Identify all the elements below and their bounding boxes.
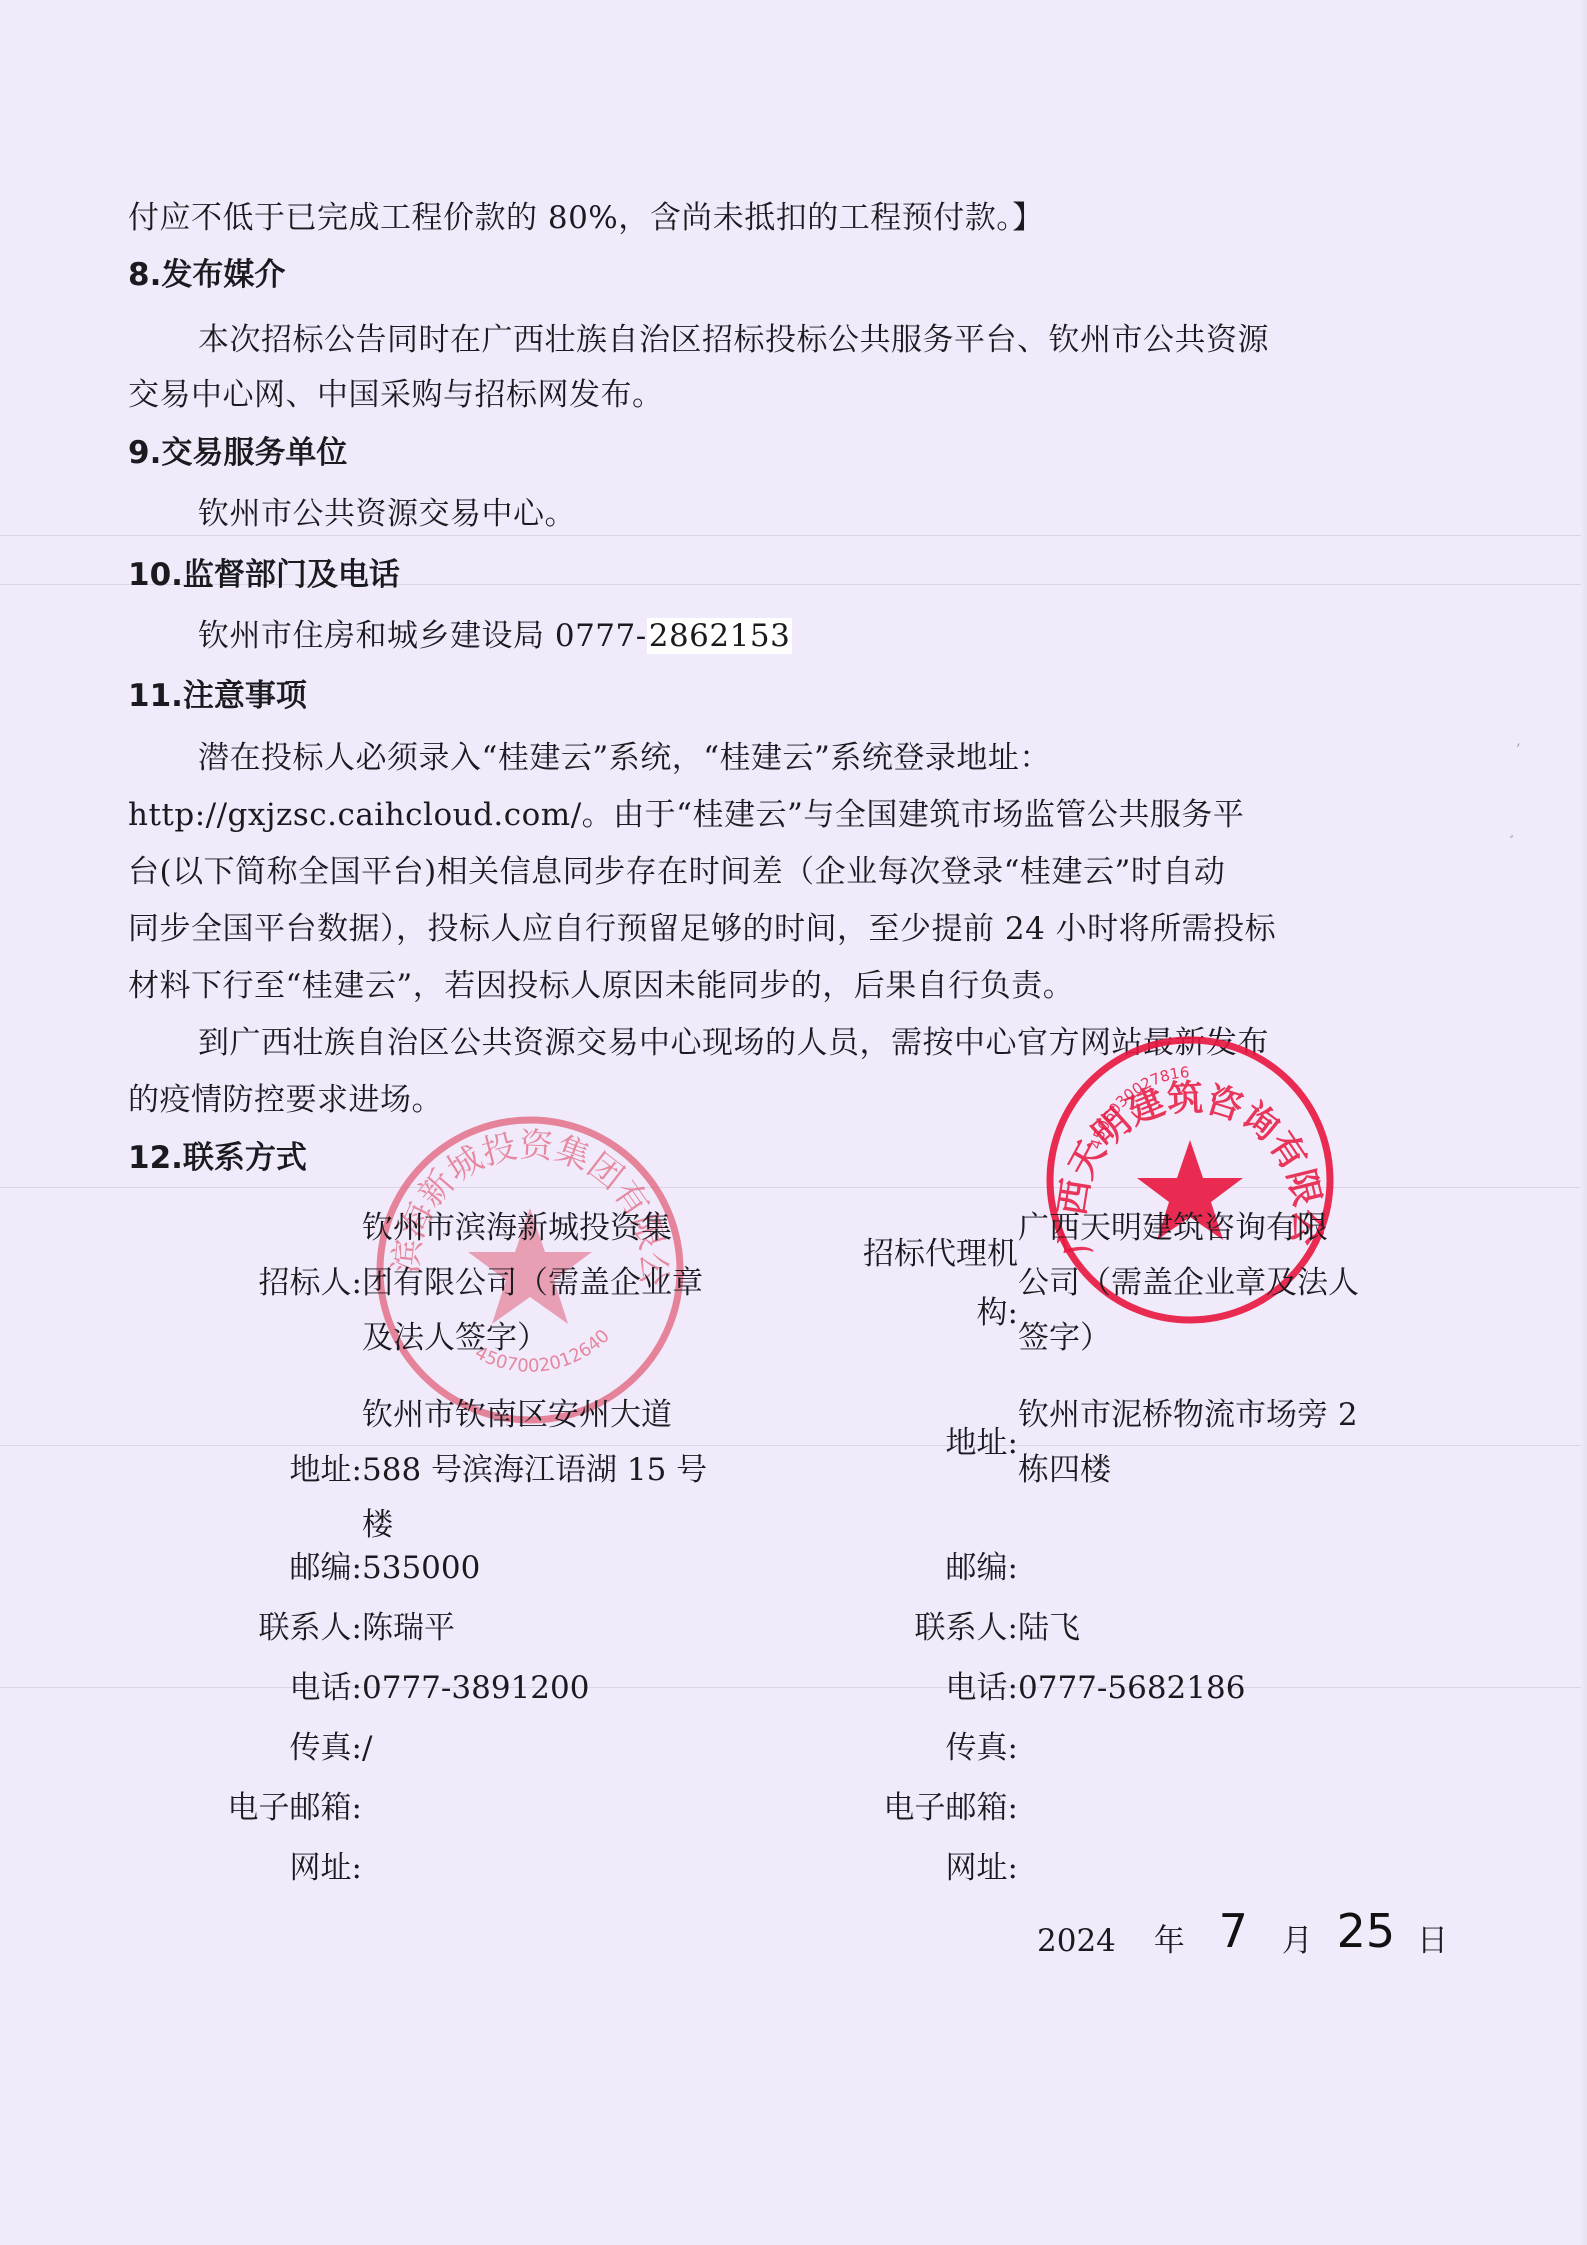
document-page: 付应不低于已完成工程价款的 80%，含尚未抵扣的工程预付款。】 8.发布媒介 本… bbox=[0, 0, 1587, 2245]
paragraph-line: 的疫情防控要求进场。 bbox=[128, 1080, 443, 1120]
supervisor-phone-number: 2862153 bbox=[647, 618, 793, 654]
agency-address-line: 钦州市泥桥物流市场旁 2 bbox=[1018, 1395, 1358, 1435]
section-heading-11: 11.注意事项 bbox=[128, 676, 307, 716]
tenderer-name-line: 及法人签字） bbox=[362, 1318, 548, 1358]
paragraph-line: 交易中心网、中国采购与招标网发布。 bbox=[128, 375, 664, 415]
tenderer-name-line: 钦州市滨海新城投资集 bbox=[362, 1208, 672, 1248]
date-year-unit: 年 bbox=[1154, 1921, 1185, 1961]
agency-postcode-label: 邮编: bbox=[946, 1548, 1018, 1588]
paragraph-line: 潜在投标人必须录入“桂建云”系统，“桂建云”系统登录地址： bbox=[198, 738, 1051, 778]
date-month-handwritten: 7 bbox=[1219, 1911, 1248, 1951]
section-heading-9: 9.交易服务单位 bbox=[128, 433, 347, 473]
paragraph-line: 钦州市公共资源交易中心。 bbox=[198, 494, 576, 534]
supervisor-name: 钦州市住房和城乡建设局 bbox=[198, 618, 545, 654]
section-heading-10: 10.监督部门及电话 bbox=[128, 555, 400, 595]
date-month-unit: 月 bbox=[1282, 1921, 1313, 1961]
svg-text:4506030027816: 4506030027816 bbox=[1086, 1063, 1190, 1151]
tenderer-name-label: 招标人: bbox=[259, 1263, 362, 1303]
tenderer-address-line: 588 号滨海江语湖 15 号 bbox=[362, 1450, 707, 1490]
signature-date: 2024 年 7 月 25 日 bbox=[1037, 1915, 1448, 1961]
paragraph-line: 同步全国平台数据），投标人应自行预留足够的时间，至少提前 24 小时将所需投标 bbox=[128, 909, 1276, 949]
agency-name-label-line2: 构: bbox=[977, 1293, 1018, 1333]
scan-artifact-line bbox=[0, 1687, 1587, 1688]
tenderer-name-line: 团有限公司（需盖企业章 bbox=[362, 1263, 703, 1303]
section-heading-8: 8.发布媒介 bbox=[128, 255, 285, 295]
paragraph-line-url: http://gxjzsc.caihcloud.com/。由于“桂建云”与全国建… bbox=[128, 795, 1244, 835]
paragraph-line: 材料下行至“桂建云”，若因投标人原因未能同步的，后果自行负责。 bbox=[128, 966, 1074, 1006]
tenderer-address-label: 地址: bbox=[290, 1450, 362, 1490]
agency-name-line: 签字） bbox=[1018, 1318, 1111, 1358]
tenderer-phone-value: 0777-3891200 bbox=[362, 1668, 589, 1708]
paragraph-line: 到广西壮族自治区公共资源交易中心现场的人员，需按中心官方网站最新发布 bbox=[198, 1023, 1269, 1063]
scan-speck-icon: ¸ bbox=[1508, 823, 1515, 839]
page-edge bbox=[1581, 0, 1587, 2245]
tenderer-address-line: 钦州市钦南区安州大道 bbox=[362, 1395, 672, 1435]
agency-phone-value: 0777-5682186 bbox=[1018, 1668, 1245, 1708]
tenderer-phone-label: 电话: bbox=[290, 1668, 362, 1708]
agency-email-label: 电子邮箱: bbox=[884, 1788, 1018, 1828]
agency-website-label: 网址: bbox=[946, 1848, 1018, 1888]
paragraph-line: 本次招标公告同时在广西壮族自治区招标投标公共服务平台、钦州市公共资源 bbox=[198, 320, 1269, 360]
scan-artifact-line bbox=[0, 1445, 1587, 1446]
tenderer-fax-label: 传真: bbox=[290, 1728, 362, 1768]
tenderer-website-label: 网址: bbox=[290, 1848, 362, 1888]
supervisor-phone-prefix: 0777- bbox=[555, 618, 647, 654]
tenderer-postcode-value: 535000 bbox=[362, 1548, 480, 1588]
tenderer-email-label: 电子邮箱: bbox=[228, 1788, 362, 1828]
agency-fax-label: 传真: bbox=[946, 1728, 1018, 1768]
agency-address-label: 地址: bbox=[946, 1423, 1018, 1463]
agency-name-label-line1: 招标代理机 bbox=[863, 1234, 1018, 1274]
date-day-handwritten: 25 bbox=[1337, 1911, 1396, 1951]
tenderer-postcode-label: 邮编: bbox=[290, 1548, 362, 1588]
paragraph-line: 台(以下简称全国平台)相关信息同步存在时间差（企业每次登录“桂建云”时自动 bbox=[128, 852, 1225, 892]
tenderer-contact-person-value: 陈瑞平 bbox=[362, 1608, 455, 1648]
date-day-unit: 日 bbox=[1417, 1921, 1448, 1961]
svg-text:滨海新城投资集团有限公司: 滨海新城投资集团有限公司 bbox=[370, 1110, 673, 1286]
agency-name-line: 广西天明建筑咨询有限 bbox=[1018, 1208, 1328, 1248]
section-heading-12: 12.联系方式 bbox=[128, 1138, 307, 1178]
tenderer-contact-person-label: 联系人: bbox=[259, 1608, 362, 1648]
continuation-line: 付应不低于已完成工程价款的 80%，含尚未抵扣的工程预付款。】 bbox=[128, 198, 1044, 238]
tenderer-fax-value: / bbox=[362, 1728, 372, 1768]
agency-name-line: 公司（需盖企业章及法人 bbox=[1018, 1263, 1359, 1303]
supervisor-contact: 钦州市住房和城乡建设局 0777-2862153 bbox=[198, 616, 792, 656]
tenderer-address-line: 楼 bbox=[362, 1505, 393, 1545]
scan-artifact-line bbox=[0, 535, 1587, 536]
agency-contact-person-value: 陆飞 bbox=[1018, 1608, 1080, 1648]
date-year: 2024 bbox=[1037, 1921, 1116, 1961]
agency-phone-label: 电话: bbox=[946, 1668, 1018, 1708]
scan-speck-icon: ’ bbox=[1516, 742, 1520, 758]
agency-address-line: 栋四楼 bbox=[1018, 1450, 1111, 1490]
scan-artifact-line bbox=[0, 1187, 1587, 1188]
agency-contact-person-label: 联系人: bbox=[915, 1608, 1018, 1648]
